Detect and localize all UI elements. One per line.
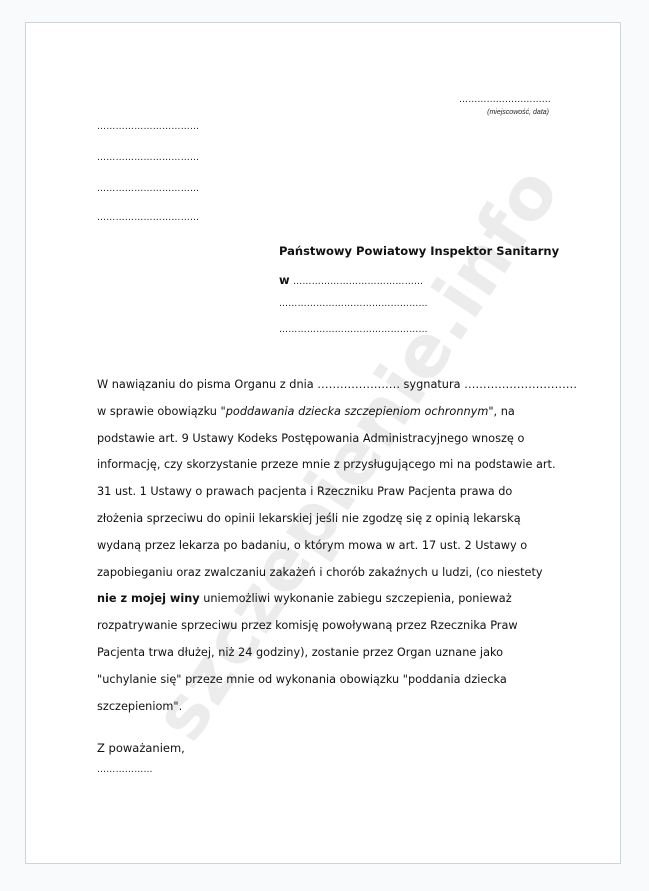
document-page: szczepienie.info ………………………… (miejscowość… [25, 22, 621, 864]
body-line: podstawie art. 9 Ustawy Kodeks Postępowa… [97, 426, 577, 453]
body-line: zapobieganiu oraz zwalczaniu zakażeń i c… [97, 560, 577, 587]
addressee-title: Państwowy Powiatowy Inspektor Sanitarny [279, 244, 559, 258]
body-line: rozpatrywanie sprzeciwu przez komisję po… [97, 613, 577, 640]
sender-line-2: …………………………… [97, 153, 199, 163]
signature-line: ……………… [97, 765, 153, 775]
body-line: Pacjenta trwa dłużej, niż 24 godziny), z… [97, 640, 577, 667]
body-line: W nawiązaniu do pisma Organu z dnia …………… [97, 372, 577, 399]
body-line: w sprawie obowiązku "poddawania dziecka … [97, 399, 577, 426]
emphasis-text: nie z mojej winy [97, 592, 200, 605]
body-line: "uchylanie się" przeze mnie od wykonania… [97, 667, 577, 694]
letter-body: W nawiązaniu do pisma Organu z dnia …………… [97, 372, 577, 720]
addressee-line-3: ………………………………………… [279, 325, 428, 335]
body-text-segment: w sprawie obowiązku [97, 405, 221, 418]
addressee-dots: …………………………………… [293, 277, 423, 287]
sender-line-1: …………………………… [97, 122, 199, 132]
body-line: 31 ust. 1 Ustawy o prawach pacjenta i Rz… [97, 479, 577, 506]
body-line: złożenia sprzeciwu do opinii lekarskiej … [97, 506, 577, 533]
sender-line-4: …………………………… [97, 213, 199, 223]
body-line: wydaną przez lekarza po badaniu, o który… [97, 533, 577, 560]
closing-salutation: Z poważaniem, [97, 741, 185, 755]
addressee-line-1: w …………………………………… [279, 273, 423, 287]
quoted-obligation: "poddawania dziecka szczepieniom ochronn… [221, 405, 494, 418]
addressee-line-2: ………………………………………… [279, 299, 428, 309]
place-date-label: (miejscowość, data) [487, 109, 549, 116]
body-text-segment: , na [494, 405, 515, 418]
sender-line-3: …………………………… [97, 184, 199, 194]
body-text-segment: uniemożliwi wykonanie zabiegu szczepieni… [200, 592, 512, 605]
addressee-prefix: w [279, 273, 290, 287]
body-line: informację, czy skorzystanie przeze mnie… [97, 452, 577, 479]
body-line: nie z mojej winy uniemożliwi wykonanie z… [97, 586, 577, 613]
place-date-field: ………………………… [459, 95, 551, 105]
body-line: szczepieniom". [97, 694, 577, 721]
